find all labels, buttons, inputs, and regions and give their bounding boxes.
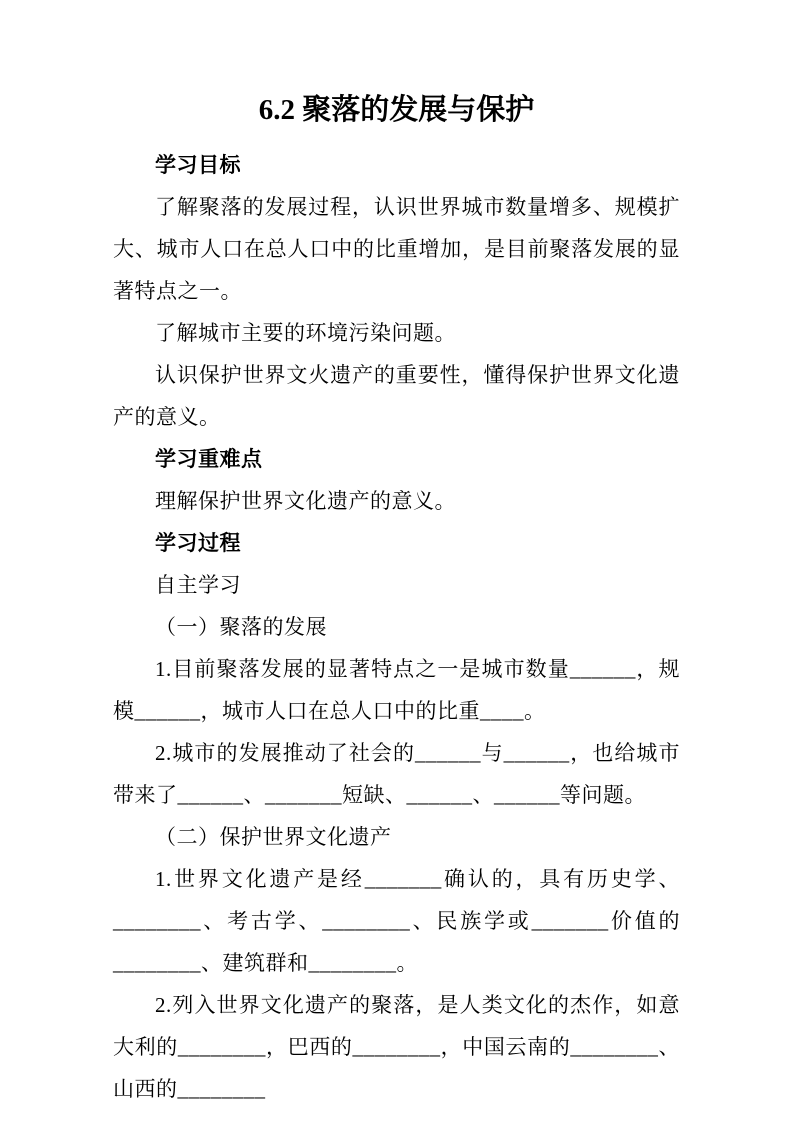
heading-learning-process: 学习过程 <box>113 522 680 564</box>
paragraph-blank-q2-heritage-examples: 2.列入世界文化遗产的聚落，是人类文化的杰作，如意大利的________，巴西的… <box>113 984 680 1110</box>
paragraph-self-study: 自主学习 <box>113 564 680 606</box>
paragraph-blank-q1-city-numbers: 1.目前聚落发展的显著特点之一是城市数量______，规模______，城市人口… <box>113 648 680 732</box>
document-title: 6.2 聚落的发展与保护 <box>113 88 680 132</box>
subheading-section-one-settlement-development: （一）聚落的发展 <box>113 606 680 648</box>
paragraph-blank-q2-city-problems: 2.城市的发展推动了社会的______与______，也给城市带来了______… <box>113 732 680 816</box>
heading-learning-goals: 学习目标 <box>113 144 680 186</box>
paragraph-blank-q1-heritage-definition: 1.世界文化遗产是经_______确认的，具有历史学、________、考古学、… <box>113 858 680 984</box>
paragraph-goal-urban-pollution: 了解城市主要的环境污染问题。 <box>113 312 680 354</box>
paragraph-goal-heritage-protection: 认识保护世界文火遗产的重要性，懂得保护世界文化遗产的意义。 <box>113 354 680 438</box>
subheading-section-two-heritage-protection: （二）保护世界文化遗产 <box>113 816 680 858</box>
paragraph-key-difficulty: 理解保护世界文化遗产的意义。 <box>113 480 680 522</box>
worksheet-page: 6.2 聚落的发展与保护 学习目标 了解聚落的发展过程，认识世界城市数量增多、规… <box>0 0 794 1123</box>
heading-key-difficulties: 学习重难点 <box>113 438 680 480</box>
paragraph-goal-settlement-development: 了解聚落的发展过程，认识世界城市数量增多、规模扩大、城市人口在总人口中的比重增加… <box>113 186 680 312</box>
